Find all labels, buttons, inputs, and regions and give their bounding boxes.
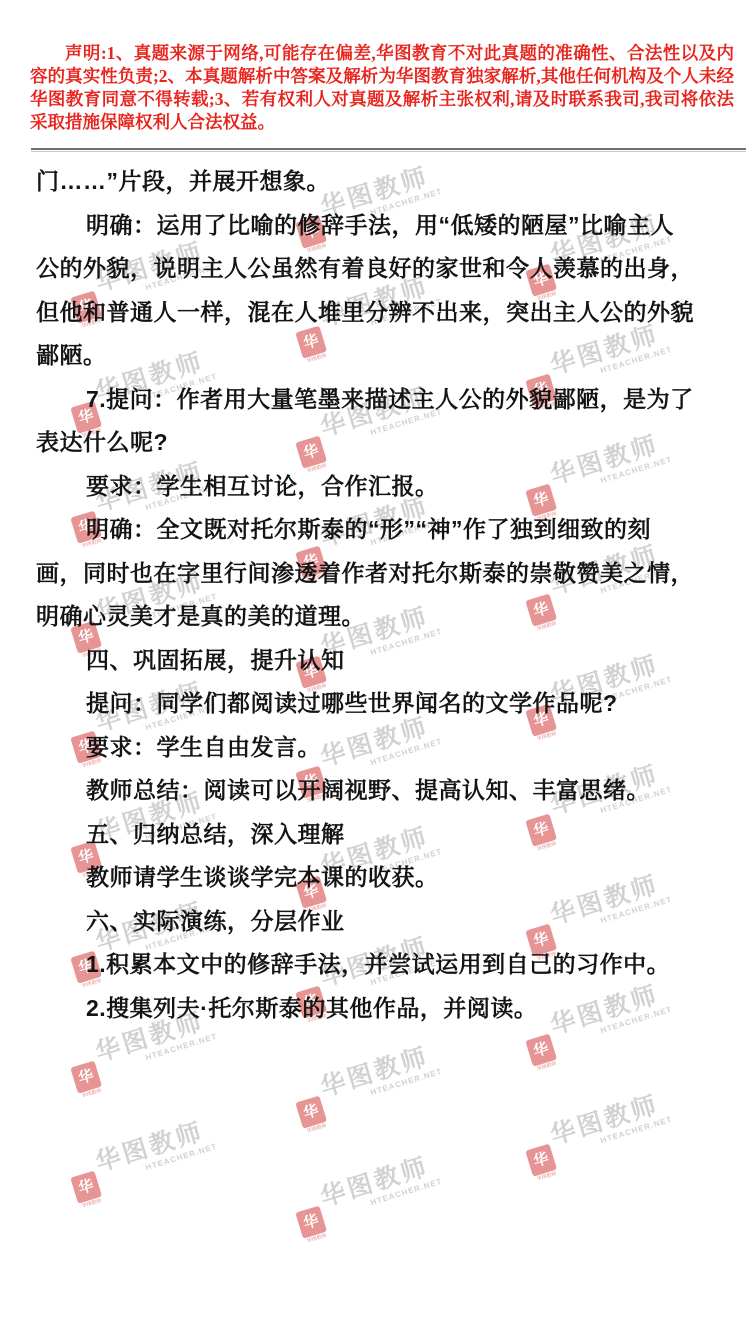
text-line: 鄙陋。	[36, 332, 734, 376]
text-line: 教师请学生谈谈学完本课的收获。	[36, 854, 734, 898]
huatu-logo-char: 华	[532, 1040, 551, 1061]
text-line: 2.搜集列夫·托尔斯泰的其他作品，并阅读。	[36, 985, 734, 1029]
header-divider-line	[31, 148, 746, 152]
huatu-logo-char: 华	[302, 1212, 321, 1233]
disclaimer-body: 1、真题来源于网络,可能存在偏差,华图教育不对此真题的准确性、合法性以及内容的真…	[30, 43, 734, 132]
watermark-body: 华图教师 HTEACHER.NET	[317, 1040, 443, 1111]
huatu-logo-icon: 华 华图教师	[525, 1034, 557, 1067]
huatu-logo-caption: 华图教师	[302, 1121, 332, 1136]
watermark-domain-text: HTEACHER.NET	[369, 1067, 443, 1097]
watermark-brand-text: 华图教师	[317, 1040, 441, 1102]
huatu-logo-icon: 华 华图教师	[70, 1061, 102, 1094]
huatu-logo-char: 华	[302, 1102, 321, 1123]
disclaimer-label: 声明:	[65, 43, 107, 63]
huatu-logo-char: 华	[77, 1177, 96, 1198]
text-line: 明确：运用了比喻的修辞手法，用“低矮的陋屋”比喻主人	[36, 202, 734, 246]
text-line: 提问：同学们都阅读过哪些世界闻名的文学作品呢?	[36, 680, 734, 724]
watermark-domain-text: HTEACHER.NET	[369, 1177, 443, 1207]
watermark-brand-text: 华图教师	[547, 1088, 671, 1150]
text-line: 明确心灵美才是真的美的道理。	[36, 593, 734, 637]
watermark-brand-text: 华图教师	[317, 1150, 441, 1212]
watermark-domain-text: HTEACHER.NET	[599, 1115, 673, 1145]
body-text: 门……”片段，并展开想象。明确：运用了比喻的修辞手法，用“低矮的陋屋”比喻主人公…	[36, 158, 734, 1028]
watermark-body: 华图教师 HTEACHER.NET	[92, 1115, 218, 1186]
text-line: 但他和普通人一样，混在人堆里分辨不出来，突出主人公的外貌	[36, 289, 734, 333]
huatu-logo-caption: 华图教师	[302, 1231, 332, 1246]
watermark: 华 华图教师 华图教师 HTEACHER.NET	[289, 1147, 460, 1253]
watermark-domain-text: HTEACHER.NET	[144, 1142, 218, 1172]
text-line: 公的外貌，说明主人公虽然有着良好的家世和令人羡慕的出身，	[36, 245, 734, 289]
text-line: 7.提问：作者用大量笔墨来描述主人公的外貌鄙陋，是为了	[36, 376, 734, 420]
huatu-logo-caption: 华图教师	[532, 1169, 562, 1184]
text-line: 明确：全文既对托尔斯泰的“形”“神”作了独到细致的刻	[36, 506, 734, 550]
huatu-logo-icon: 华 华图教师	[295, 1096, 327, 1129]
huatu-logo-icon: 华 华图教师	[525, 1144, 557, 1177]
huatu-logo-icon: 华 华图教师	[295, 1206, 327, 1239]
watermark: 华 华图教师 华图教师 HTEACHER.NET	[519, 1085, 690, 1191]
text-line: 表达什么呢?	[36, 419, 734, 463]
watermark-body: 华图教师 HTEACHER.NET	[547, 1088, 673, 1159]
text-line: 教师总结：阅读可以开阔视野、提高认知、丰富思绪。	[36, 767, 734, 811]
huatu-logo-caption: 华图教师	[532, 1059, 562, 1074]
huatu-logo-caption: 华图教师	[77, 1086, 107, 1101]
text-line: 五、归纳总结，深入理解	[36, 811, 734, 855]
huatu-logo-char: 华	[77, 1067, 96, 1088]
watermark: 华 华图教师 华图教师 HTEACHER.NET	[289, 1037, 460, 1143]
watermark-domain-text: HTEACHER.NET	[144, 1032, 218, 1062]
text-line: 六、实际演练，分层作业	[36, 898, 734, 942]
text-line: 1.积累本文中的修辞手法，并尝试运用到自己的习作中。	[36, 941, 734, 985]
document-page: 华 华图教师 华图教师 HTEACHER.NET 华 华图教师 华图教师 HTE…	[0, 0, 748, 1335]
text-line: 要求：学生相互讨论，合作汇报。	[36, 463, 734, 507]
watermark-brand-text: 华图教师	[92, 1115, 216, 1177]
text-line: 要求：学生自由发言。	[36, 724, 734, 768]
text-line: 四、巩固拓展，提升认知	[36, 637, 734, 681]
text-line: 画，同时也在字里行间渗透着作者对托尔斯泰的崇敬赞美之情，	[36, 550, 734, 594]
text-line: 门……”片段，并展开想象。	[36, 158, 734, 202]
watermark: 华 华图教师 华图教师 HTEACHER.NET	[64, 1112, 235, 1218]
disclaimer-text: 声明:1、真题来源于网络,可能存在偏差,华图教育不对此真题的准确性、合法性以及内…	[30, 42, 734, 134]
huatu-logo-caption: 华图教师	[77, 1196, 107, 1211]
watermark-body: 华图教师 HTEACHER.NET	[317, 1150, 443, 1221]
huatu-logo-char: 华	[532, 1150, 551, 1171]
huatu-logo-icon: 华 华图教师	[70, 1171, 102, 1204]
